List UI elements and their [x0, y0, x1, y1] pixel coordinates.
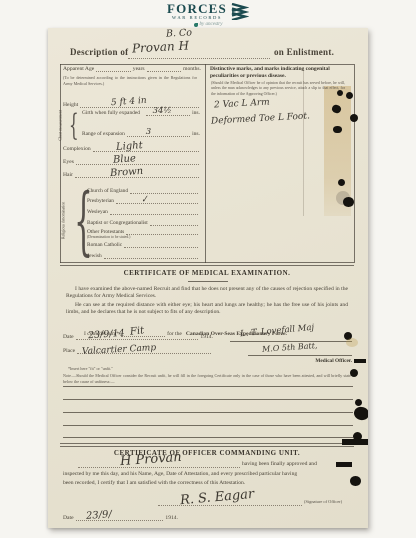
girth-label: Girth when fully expanded — [82, 110, 144, 116]
expansion-value: 3 — [146, 127, 151, 137]
logo-subtitle: WAR RECORDS — [172, 15, 222, 20]
ink-blot — [343, 197, 354, 207]
blank-line — [150, 223, 198, 226]
forces-war-records-logo: FORCES WAR RECORDS by ancestry — [0, 3, 416, 27]
religion-label: Jewish — [87, 253, 102, 259]
blank-rule — [63, 399, 353, 400]
title-prefix: Description of — [70, 47, 128, 57]
religion-row: Wesleyan — [87, 209, 200, 215]
marks-entry-1: 2 Vac L Arm — [214, 98, 270, 111]
girth-unit: ins. — [192, 110, 200, 116]
ink-blot — [353, 405, 368, 421]
chest-vertical-label: Chest measurement — [59, 109, 64, 141]
eyes-line: Blue — [76, 162, 199, 165]
column-divider — [205, 64, 206, 263]
hair-label: Hair — [63, 172, 73, 178]
place-row: Place Valcartier Camp — [63, 348, 213, 354]
expansion-label: Range of expansion — [82, 131, 125, 137]
expansion-unit: ins. — [192, 131, 200, 137]
religion-label: Baptist or Congregationalist — [87, 220, 148, 226]
years-label: years — [133, 66, 145, 72]
girth-value: 34½ — [153, 106, 172, 116]
complexion-value: Light — [116, 140, 143, 153]
medical-officer-label: Medical Officer. — [278, 358, 352, 364]
signature-line-2 — [248, 355, 352, 356]
document-paper: B. Co Description of Provan H on Enlistm… — [48, 28, 368, 528]
command-date-row: Date 23/9/ 1914. — [63, 515, 178, 521]
distinctive-marks-note: (Should the Medical Officer be of opinio… — [211, 81, 345, 97]
ink-blot — [355, 399, 362, 406]
ink-blot — [333, 126, 342, 133]
medical-officer-unit: M.O 5th Batt, — [262, 341, 318, 354]
unfit-note: Note.—Should the Medical Officer conside… — [63, 373, 351, 384]
redaction-bar — [342, 439, 368, 445]
complexion-row: Complexion Light — [63, 146, 201, 152]
blank-line — [130, 191, 198, 194]
name-blank-line — [78, 467, 240, 468]
expansion-row: Range of expansion 3 ins. — [82, 131, 200, 137]
place-value: Valcartier Camp — [82, 343, 157, 357]
date-label: Date — [63, 334, 74, 340]
blank-rule — [63, 425, 353, 426]
religion-row: Presbyterian ✓ — [87, 198, 200, 204]
year-label: 1914. — [165, 515, 178, 521]
blank-line — [124, 245, 198, 248]
blank-line — [110, 212, 198, 215]
religion-row: Jewish — [87, 253, 200, 259]
chevrons-icon — [231, 3, 249, 20]
height-row: Height 5 ft 4 in — [63, 102, 201, 108]
stain-spot — [346, 338, 358, 347]
months-label: months. — [183, 66, 201, 72]
medical-paragraph-1: I have examined the above-named Recruit … — [66, 286, 348, 301]
screenshot-root: FORCES WAR RECORDS by ancestry B. Co Des… — [0, 0, 416, 538]
ink-blot — [338, 179, 345, 186]
religion-label: Wesleyan — [87, 209, 108, 215]
eyes-label: Eyes — [63, 159, 74, 165]
place-line: Valcartier Camp — [77, 351, 211, 354]
girth-line: 34½ — [146, 113, 190, 116]
blank-line — [147, 69, 182, 72]
religion-label: Church of England — [87, 188, 128, 194]
name-underline — [128, 58, 270, 59]
blank-rule — [63, 437, 353, 438]
religion-label: Roman Catholic — [87, 242, 122, 248]
hair-value: Brown — [109, 166, 143, 179]
ink-blot — [350, 114, 358, 122]
logo-byline: by ancestry — [200, 22, 223, 27]
religion-row: Roman Catholic — [87, 242, 200, 248]
blank-line — [96, 69, 131, 72]
marks-entry-2: Deformed Toe L Foot. — [211, 111, 310, 126]
rule-line — [60, 265, 354, 266]
religion-vertical-label: Religious denomination — [62, 184, 67, 256]
complexion-line: Light — [93, 149, 199, 152]
expansion-line: 3 — [127, 134, 190, 137]
rule-line — [354, 64, 355, 263]
medical-date-row: Date 23/9/14 1914. — [63, 334, 213, 340]
date-value: 23/9/14 — [88, 328, 125, 342]
title-suffix: on Enlistment. — [274, 47, 334, 57]
eyes-value: Blue — [112, 153, 136, 166]
command-line-2: inspected by me this day, and his Name, … — [63, 471, 353, 478]
logo-title: FORCES — [167, 3, 227, 15]
religion-label: Presbyterian — [87, 198, 114, 204]
ink-blot — [337, 90, 343, 96]
date-line: 23/9/ — [76, 518, 164, 521]
height-value: 5 ft 4 in — [111, 96, 147, 108]
girth-row: Girth when fully expanded 34½ ins. — [82, 110, 200, 116]
date-line: 23/9/14 — [76, 337, 199, 340]
rule-line — [60, 446, 354, 447]
recruit-name: Provan H — [132, 39, 190, 56]
title-divider — [188, 281, 228, 282]
blank-rule — [63, 386, 353, 387]
blank-rule — [63, 412, 353, 413]
date-label: Date — [63, 515, 74, 521]
apparent-age-label: Apparent Age — [63, 66, 94, 72]
rule-line — [60, 262, 354, 263]
religion-note: (Denomination to be stated.) — [87, 235, 167, 240]
date-value: 23/9/ — [86, 509, 113, 522]
religion-checkmark: ✓ — [140, 194, 149, 205]
medical-certificate-title: CERTIFICATE OF MEDICAL EXAMINATION. — [60, 269, 354, 277]
command-line-3: been recorded, I certify that I am satis… — [63, 480, 353, 487]
redaction-bar — [336, 462, 352, 467]
religion-row: Church of England — [87, 188, 200, 194]
ink-blot — [350, 369, 358, 377]
command-line-1: having been finally approved and — [242, 461, 317, 467]
height-line: 5 ft 4 in — [80, 105, 199, 108]
leaf-icon — [194, 23, 198, 27]
apparent-age-row: Apparent Age years months. — [63, 66, 201, 72]
hair-line: Brown — [75, 175, 199, 178]
blank-line: ✓ — [116, 201, 198, 204]
blank-line — [104, 256, 198, 259]
complexion-label: Complexion — [63, 146, 91, 152]
apparent-age-note: (To be determined according to the instr… — [63, 75, 197, 86]
rule-line — [60, 443, 354, 444]
place-label: Place — [63, 348, 75, 354]
distinctive-marks-heading: Distinctive marks, and marks indicating … — [210, 66, 352, 80]
commanding-certificate-title: CERTIFICATE OF OFFICER COMMANDING UNIT. — [60, 449, 354, 457]
ink-blot — [350, 476, 361, 486]
ink-blot — [346, 92, 353, 99]
insert-footnote: *Insert here "fit" or "unfit." — [68, 366, 188, 372]
signature-caption: (Signature of Officer) — [304, 499, 354, 505]
redaction-bar — [354, 359, 366, 363]
religion-row: Baptist or Congregationalist — [87, 220, 200, 226]
chest-brace — [69, 111, 79, 141]
year-label: 1914. — [200, 334, 213, 340]
medical-paragraph-2: He can see at the required distance with… — [66, 302, 348, 317]
rule-line — [60, 64, 354, 65]
eyes-row: Eyes Blue — [63, 159, 201, 165]
